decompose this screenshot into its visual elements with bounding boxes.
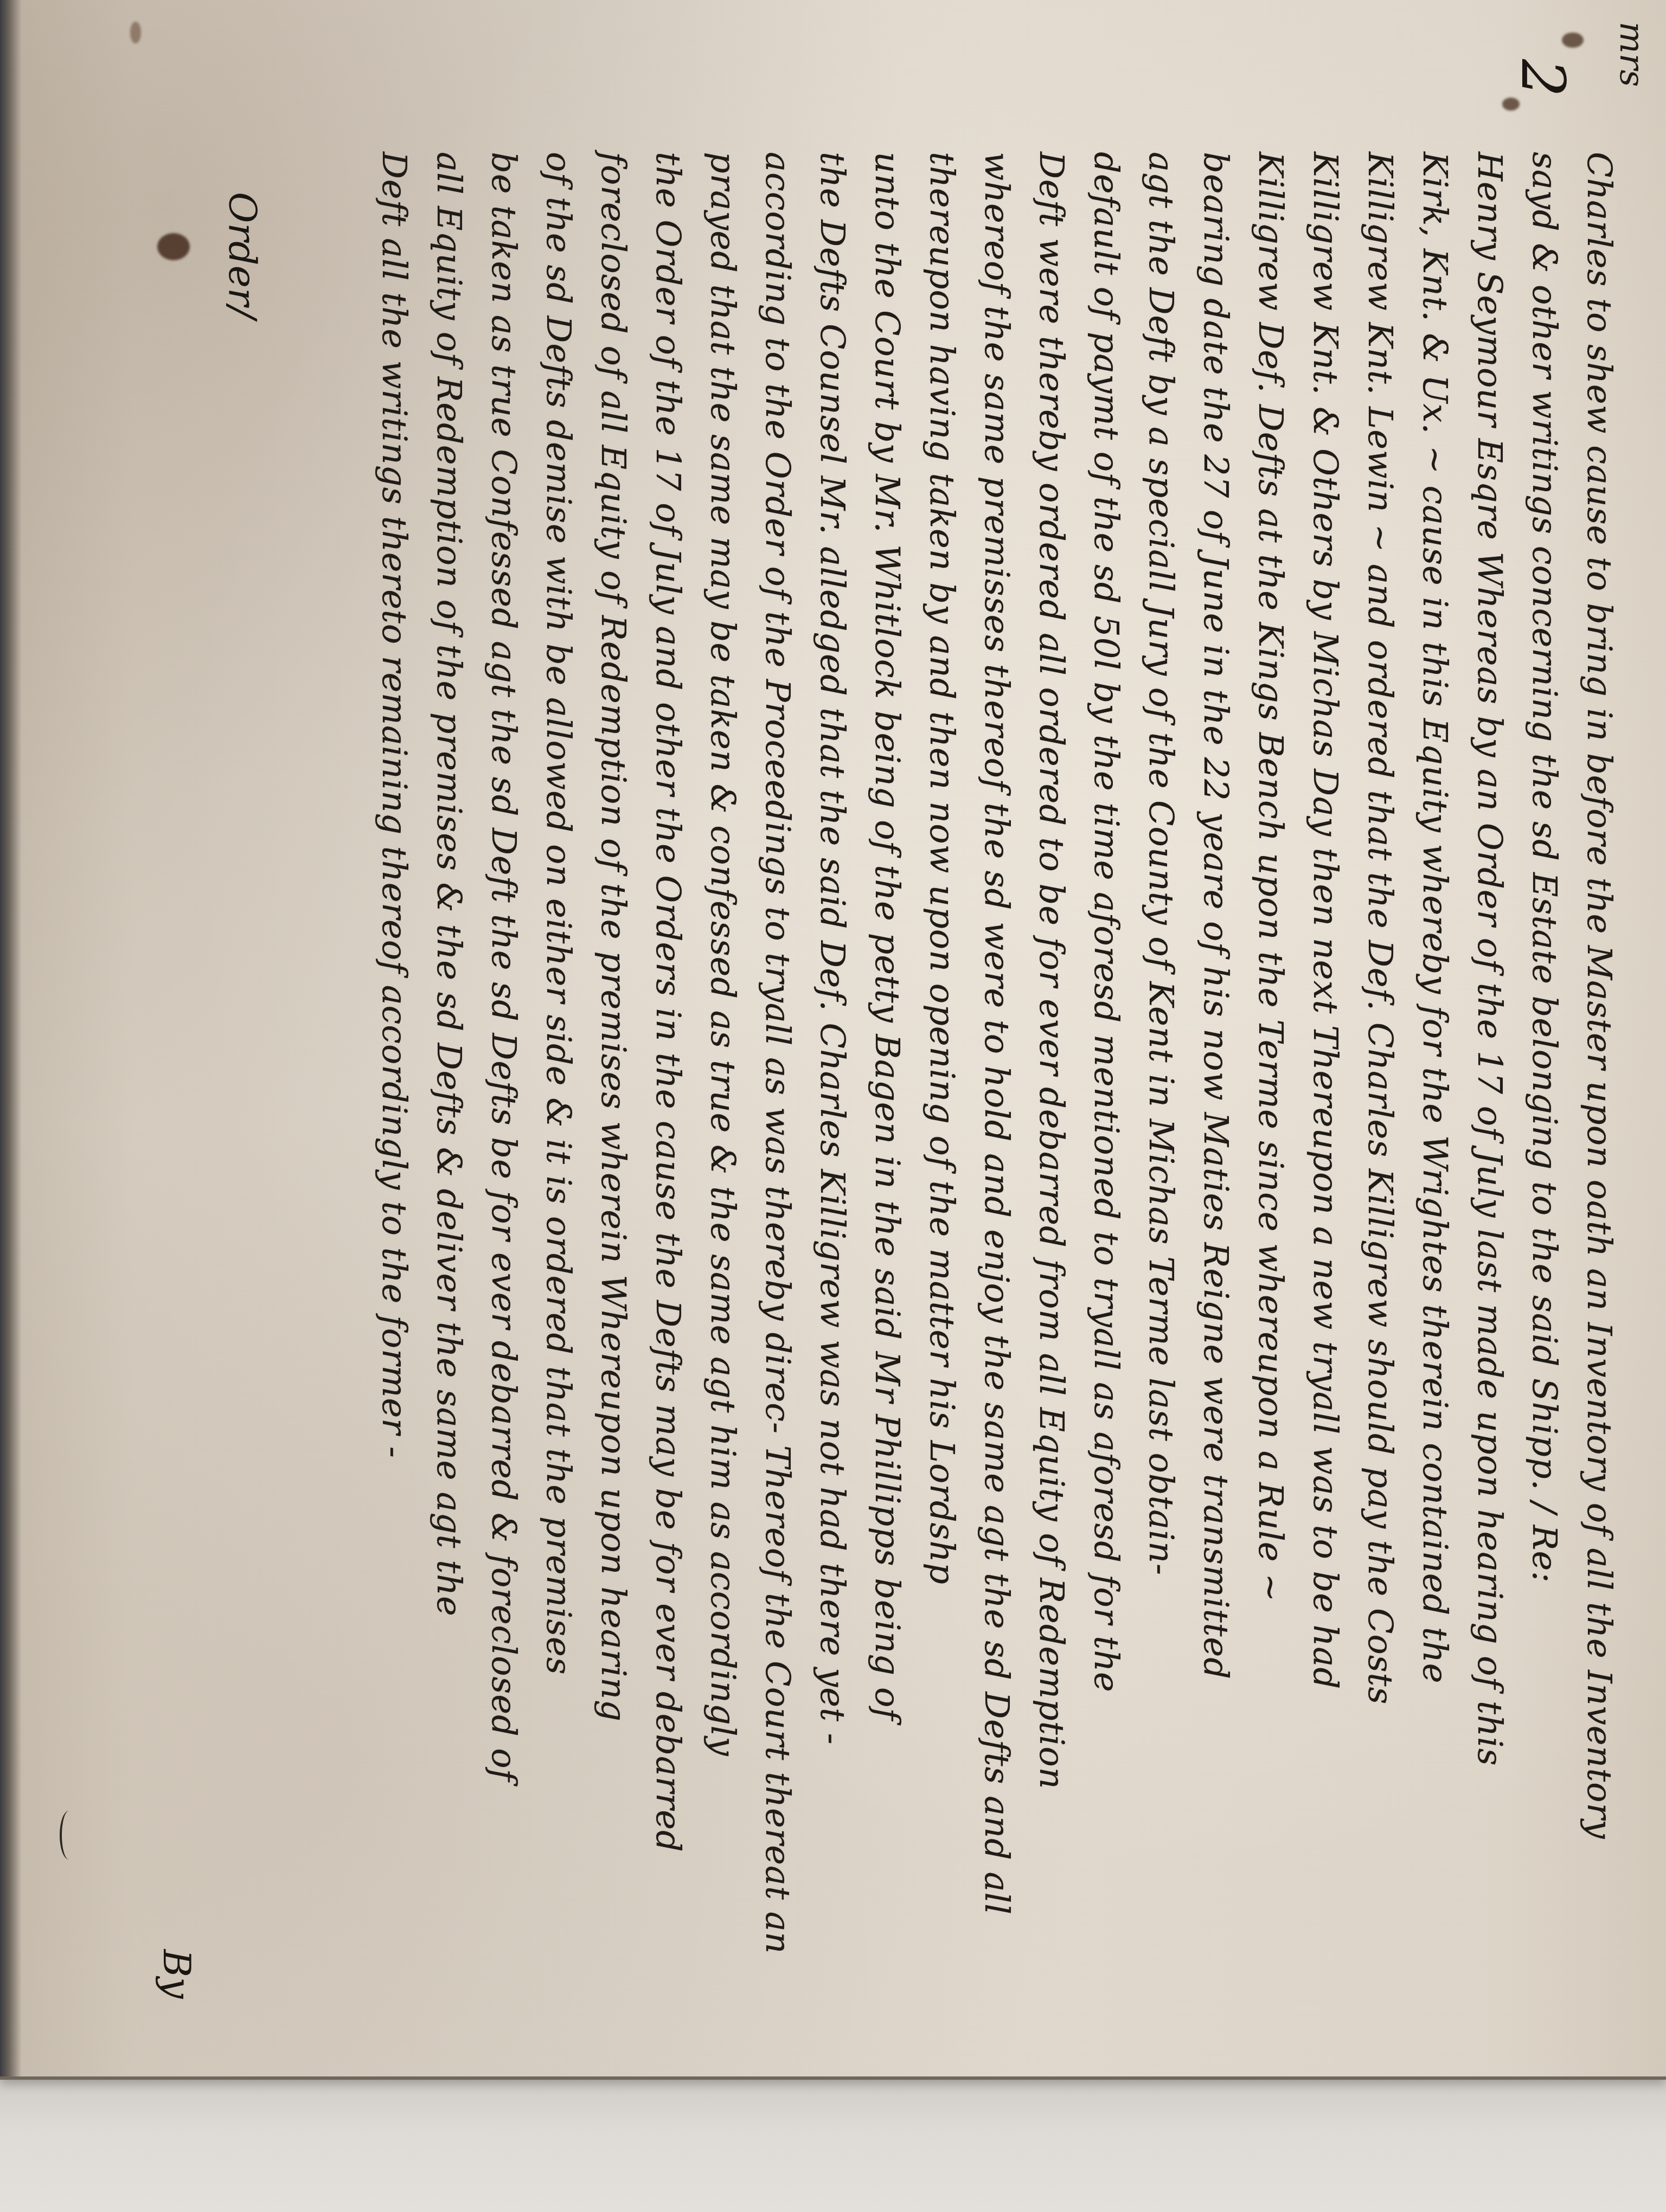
text-line: Deft were thereby ordered all ordered to… bbox=[1024, 152, 1079, 2049]
ink-blot-icon bbox=[157, 233, 190, 260]
text-line: of the sd Defts demise with be allowed o… bbox=[531, 152, 586, 2049]
text-line: agt the Deft by a speciall Jury of the C… bbox=[1134, 152, 1189, 2049]
text-line: Deft all the writings thereto remaining … bbox=[367, 152, 422, 2049]
text-line: be taken as true Confessed agt the sd De… bbox=[477, 152, 531, 2049]
text-line: default of paymt of the sd 50l by the ti… bbox=[1079, 152, 1134, 2049]
text-line: all Equity of Redemption of the premises… bbox=[422, 152, 477, 2049]
manuscript-photo: 2 mrs Charles to shew cause to bring in … bbox=[0, 0, 1666, 2212]
text-line: Henry Seymour Esqre Whereas by an Order … bbox=[1463, 152, 1517, 2049]
ink-stain-icon bbox=[1562, 33, 1584, 48]
text-line: Killigrew Def. Defts at the Kings Bench … bbox=[1244, 152, 1298, 2049]
folio-number: 2 bbox=[1508, 59, 1578, 97]
pencil-mark-icon bbox=[60, 1811, 78, 1860]
text-line: the Defts Counsel Mr. alledged that the … bbox=[805, 152, 860, 2049]
ink-stain-icon bbox=[1502, 98, 1520, 111]
table-surface bbox=[0, 2076, 1666, 2212]
text-line: according to the Order of the Proceeding… bbox=[751, 152, 805, 2049]
text-line: Charles to shew cause to bring in before… bbox=[1572, 152, 1627, 2049]
text-line: bearing date the 27 of June in the 22 ye… bbox=[1189, 152, 1244, 2049]
text-line: Killigrew Knt. Lewin ~ and ordered that … bbox=[1353, 152, 1408, 2049]
manuscript-text: Charles to shew cause to bring in before… bbox=[367, 152, 1627, 2049]
text-line: prayed that the same may be taken & conf… bbox=[696, 152, 751, 2049]
catchword: By bbox=[155, 1950, 199, 1999]
text-line: Killigrew Knt. & Others by Michas Day th… bbox=[1298, 152, 1353, 2049]
text-line: Kirk, Knt. & Ux. ~ cause in this Equity … bbox=[1408, 152, 1463, 2049]
text-line: unto the Court by Mr. Whitlock being of … bbox=[860, 152, 915, 2049]
margin-notes: mrs bbox=[1605, 22, 1659, 87]
margin-label: mrs bbox=[1605, 22, 1659, 87]
page-edge-shadow bbox=[0, 0, 22, 2076]
text-line: whereof the same premisses thereof the s… bbox=[970, 152, 1024, 2049]
text-line: the Order of the 17 of July and other th… bbox=[641, 152, 696, 2049]
text-line: sayd & other writings concerning the sd … bbox=[1517, 152, 1572, 2049]
closing-mark: Order/ bbox=[220, 192, 265, 319]
manuscript-page: 2 mrs Charles to shew cause to bring in … bbox=[0, 0, 1666, 2080]
text-line: foreclosed of all Equity of Redemption o… bbox=[586, 152, 641, 2049]
text-line: thereupon having taken by and then now u… bbox=[915, 152, 970, 2049]
foxing-spot-icon bbox=[130, 22, 141, 43]
